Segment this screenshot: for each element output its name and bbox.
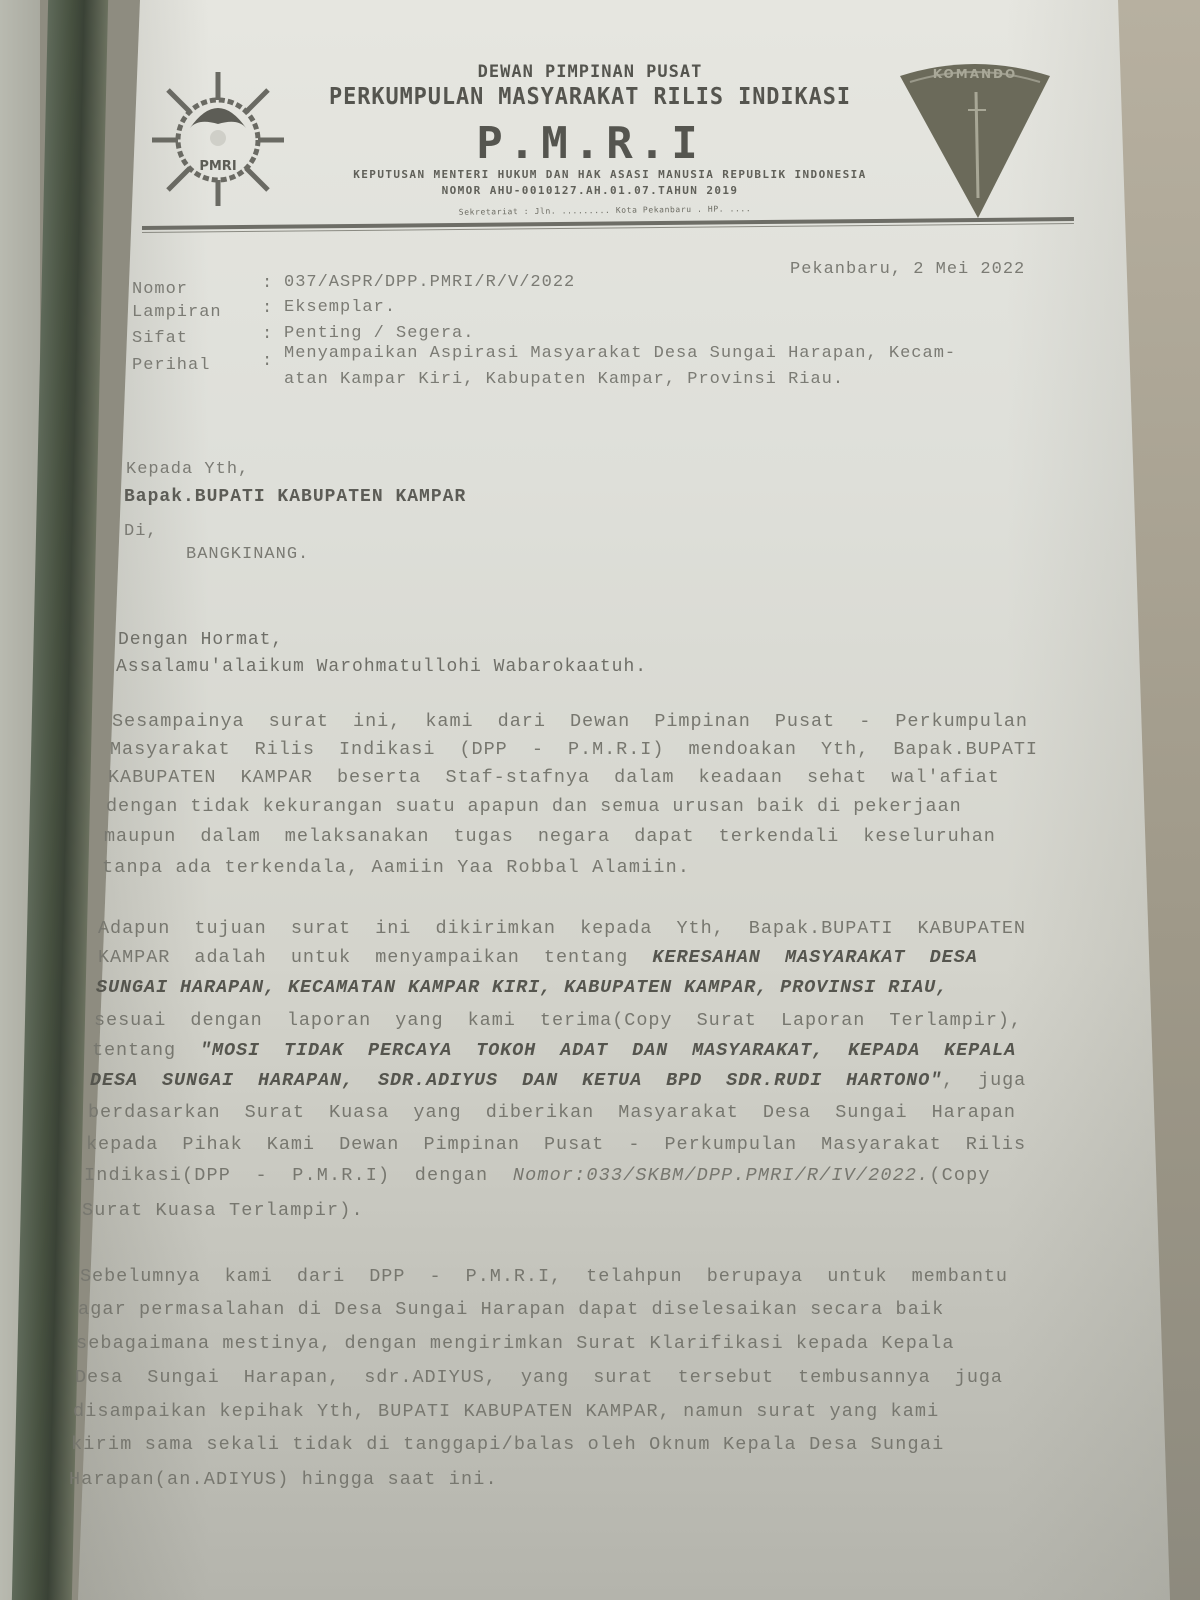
- paragraph-line: tentang "MOSI TIDAK PERCAYA TOKOH ADAT D…: [92, 1040, 1016, 1061]
- meta-colon: :: [262, 352, 273, 371]
- paragraph-line: DESA SUNGAI HARAPAN, SDR.ADIYUS DAN KETU…: [90, 1070, 1026, 1091]
- recipient-at: Di,: [124, 522, 158, 541]
- meta-label-sifat: Sifat: [132, 329, 188, 348]
- meta-label-perihal: Perihal: [132, 356, 210, 375]
- letter-date: Pekanbaru, 2 Mei 2022: [790, 260, 1025, 279]
- paragraph-line: Adapun tujuan surat ini dikirimkan kepad…: [98, 918, 1026, 939]
- paragraph-line: Surat Kuasa Terlampir).: [82, 1200, 364, 1221]
- paragraph-line: dengan tidak kekurangan suatu apapun dan…: [106, 796, 962, 817]
- meta-value-lampiran: Eksemplar.: [284, 298, 396, 317]
- emphasis-line: SUNGAI HARAPAN, KECAMATAN KAMPAR KIRI, K…: [96, 977, 948, 998]
- paragraph-line: Indikasi(DPP - P.M.R.I) dengan Nomor:033…: [84, 1165, 991, 1186]
- paragraph-line: Masyarakat Rilis Indikasi (DPP - P.M.R.I…: [110, 739, 1038, 760]
- paragraph-line: sebagaimana mestinya, dengan mengirimkan…: [76, 1333, 955, 1354]
- meta-colon: :: [262, 325, 273, 344]
- text-run: (Copy: [929, 1165, 990, 1186]
- komando-emblem-icon: KOMANDO: [896, 58, 1054, 220]
- recipient-greeting: Kepada Yth,: [126, 460, 249, 479]
- paragraph-line: kirim sama sekali tidak di tanggapi/bala…: [71, 1434, 944, 1455]
- text-run: , juga: [942, 1070, 1026, 1091]
- pmri-logo-icon: PMRI: [148, 68, 288, 208]
- meta-value-sifat: Penting / Segera.: [284, 324, 474, 343]
- svg-text:KOMANDO: KOMANDO: [933, 67, 1017, 81]
- emphasis-text: "MOSI TIDAK PERCAYA TOKOH ADAT DAN MASYA…: [200, 1040, 1016, 1061]
- meta-value-nomor: 037/ASPR/DPP.PMRI/R/V/2022: [284, 273, 575, 292]
- salutation-assalamualaikum: Assalamu'alaikum Warohmatullohi Wabaroka…: [116, 657, 647, 677]
- emphasis-text: DESA SUNGAI HARAPAN, SDR.ADIYUS DAN KETU…: [90, 1070, 942, 1091]
- recipient-name: Bapak.BUPATI KABUPATEN KAMPAR: [124, 487, 466, 507]
- text-run: KAMPAR adalah untuk menyampaikan tentang: [98, 947, 652, 968]
- paragraph-line: disampaikan kepihak Yth, BUPATI KABUPATE…: [73, 1401, 939, 1422]
- paragraph-line: Sebelumnya kami dari DPP - P.M.R.I, tela…: [80, 1266, 1008, 1287]
- emphasis-text: KERESAHAN MASYARAKAT DESA: [652, 947, 977, 968]
- paragraph-line: maupun dalam melaksanakan tugas negara d…: [104, 826, 996, 847]
- meta-value-perihal: Menyampaikan Aspirasi Masyarakat Desa Su…: [284, 344, 956, 363]
- letterhead-decree-line2: NOMOR AHU-0010127.AH.01.07.TAHUN 2019: [290, 184, 890, 197]
- meta-label-lampiran: Lampiran: [132, 303, 222, 322]
- paragraph-line: Sesampainya surat ini, kami dari Dewan P…: [112, 711, 1028, 732]
- letterhead-abbreviation: P.M.R.I: [290, 118, 890, 169]
- paragraph-line: KAMPAR adalah untuk menyampaikan tentang…: [98, 947, 978, 968]
- paragraph-line: Desa Sungai Harapan, sdr.ADIYUS, yang su…: [75, 1367, 1003, 1388]
- recipient-city: BANGKINANG.: [186, 545, 309, 564]
- paragraph-line: berdasarkan Surat Kuasa yang diberikan M…: [88, 1102, 1016, 1123]
- paragraph-line: tanpa ada terkendala, Aamiin Yaa Robbal …: [102, 857, 690, 878]
- salutation-hormat: Dengan Hormat,: [118, 630, 283, 650]
- letterhead-decree-line1: KEPUTUSAN MENTERI HUKUM DAN HAK ASASI MA…: [290, 168, 930, 181]
- text-run: Indikasi(DPP - P.M.R.I) dengan: [84, 1165, 513, 1186]
- paragraph-line: KABUPATEN KAMPAR beserta Staf-stafnya da…: [108, 767, 1000, 788]
- letterhead-organization: PERKUMPULAN MASYARAKAT RILIS INDIKASI: [305, 84, 875, 110]
- meta-value-perihal-cont: atan Kampar Kiri, Kabupaten Kampar, Prov…: [284, 370, 844, 389]
- meta-colon: :: [262, 299, 273, 318]
- meta-label-nomor: Nomor: [132, 280, 188, 299]
- paragraph-line: sesuai dengan laporan yang kami terima(C…: [94, 1010, 1022, 1031]
- text-run: tentang: [92, 1040, 200, 1061]
- meta-colon: :: [262, 274, 273, 293]
- reference-number: Nomor:033/SKBM/DPP.PMRI/R/IV/2022.: [513, 1165, 930, 1186]
- paragraph-line: kepada Pihak Kami Dewan Pimpinan Pusat -…: [86, 1134, 1026, 1155]
- paragraph-line: Harapan(an.ADIYUS) hingga saat ini.: [69, 1469, 498, 1490]
- paragraph-line: agar permasalahan di Desa Sungai Harapan…: [78, 1299, 944, 1320]
- letterhead-council: DEWAN PIMPINAN PUSAT: [290, 62, 890, 82]
- svg-text:PMRI: PMRI: [199, 159, 236, 174]
